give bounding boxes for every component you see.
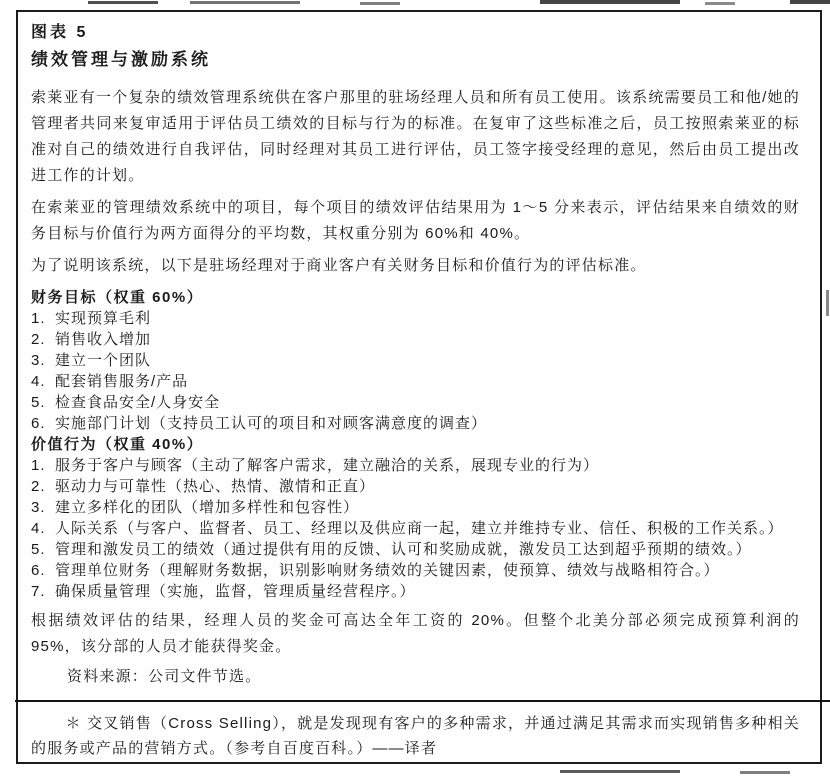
list-item-number: 7. — [31, 581, 55, 602]
list-item: 3.建立多样化的团队（增加多样性和包容性） — [31, 497, 800, 518]
scan-artifact — [826, 290, 829, 316]
list-item-text: 管理单位财务（理解财务数据，识别影响财务绩效的关键因素，使预算、绩效与战略相符合… — [55, 560, 800, 581]
list-item-text: 建立一个团队 — [55, 350, 800, 371]
list-item-number: 6. — [31, 413, 55, 434]
list-item: 2.驱动力与可靠性（热心、热情、激情和正直） — [31, 476, 800, 497]
exhibit-label: 图表 5 — [31, 24, 800, 42]
list-item-text: 配套销售服务/产品 — [55, 371, 800, 392]
list-item-number: 2. — [31, 329, 55, 350]
list-item: 5.管理和激发员工的绩效（通过提供有用的反馈、认可和奖励成就，激发员工达到超乎预… — [31, 539, 800, 560]
list-item: 5.检查食品安全/人身安全 — [31, 392, 800, 413]
scan-artifact — [790, 0, 830, 4]
scan-artifact — [360, 2, 400, 5]
list-item-number: 3. — [31, 350, 55, 371]
list-item: 7.确保质量管理（实施，监督，管理质量经营程序。） — [31, 581, 800, 602]
intro-paragraph-1: 索莱亚有一个复杂的绩效管理系统供在客户那里的驻场经理人员和所有员工使用。该系统需… — [31, 85, 800, 189]
translator-footnote: ＊ 交叉销售（Cross Selling），就是发现现有客户的多种需求，并通过满… — [31, 711, 800, 761]
list-item: 4.人际关系（与客户、监督者、员工、经理以及供应商一起，建立并维持专业、信任、积… — [31, 518, 800, 539]
scan-artifact — [740, 771, 790, 774]
intro-paragraph-3: 为了说明该系统，以下是驻场经理对于商业客户有关财务目标和价值行为的评估标准。 — [31, 253, 800, 279]
source-line: 资料来源：公司文件节选。 — [31, 664, 800, 690]
scan-artifact — [88, 1, 158, 4]
financial-objectives-heading: 财务目标（权重 60%） — [31, 287, 800, 308]
list-item: 2.销售收入增加 — [31, 329, 800, 350]
financial-objectives-list: 1.实现预算毛利2.销售收入增加3.建立一个团队4.配套销售服务/产品5.检查食… — [31, 308, 800, 434]
list-item-text: 人际关系（与客户、监督者、员工、经理以及供应商一起，建立并维持专业、信任、积极的… — [55, 518, 800, 539]
list-item: 1.服务于客户与顾客（主动了解客户需求，建立融洽的关系，展现专业的行为） — [31, 455, 800, 476]
list-item-number: 5. — [31, 539, 55, 560]
list-item-text: 驱动力与可靠性（热心、热情、激情和正直） — [55, 476, 800, 497]
list-item-text: 服务于客户与顾客（主动了解客户需求，建立融洽的关系，展现专业的行为） — [55, 455, 800, 476]
list-item: 6.管理单位财务（理解财务数据，识别影响财务绩效的关键因素，使预算、绩效与战略相… — [31, 560, 800, 581]
list-item-number: 2. — [31, 476, 55, 497]
list-item-number: 3. — [31, 497, 55, 518]
exhibit-box: 图表 5 绩效管理与激励系统 索莱亚有一个复杂的绩效管理系统供在客户那里的驻场经… — [16, 10, 822, 764]
list-item-text: 确保质量管理（实施，监督，管理质量经营程序。） — [55, 581, 800, 602]
list-item: 1.实现预算毛利 — [31, 308, 800, 329]
value-behaviors-list: 1.服务于客户与顾客（主动了解客户需求，建立融洽的关系，展现专业的行为）2.驱动… — [31, 455, 800, 602]
scan-artifact — [190, 1, 300, 4]
list-item-number: 4. — [31, 371, 55, 392]
list-item-number: 5. — [31, 392, 55, 413]
list-item-text: 实施部门计划（支持员工认可的项目和对顾客满意度的调查） — [55, 413, 800, 434]
list-item-text: 检查食品安全/人身安全 — [55, 392, 800, 413]
value-behaviors-heading: 价值行为（权重 40%） — [31, 434, 800, 455]
list-item: 3.建立一个团队 — [31, 350, 800, 371]
list-item-text: 管理和激发员工的绩效（通过提供有用的反馈、认可和奖励成就，激发员工达到超乎预期的… — [55, 539, 800, 560]
list-item-number: 4. — [31, 518, 55, 539]
scan-artifact — [560, 770, 680, 773]
closing-paragraph: 根据绩效评估的结果，经理人员的奖金可高达全年工资的 20%。但整个北美分部必须完… — [31, 608, 800, 660]
footnote-divider — [15, 700, 830, 702]
list-item-text: 实现预算毛利 — [55, 308, 800, 329]
scan-artifact — [705, 2, 735, 5]
list-item-number: 6. — [31, 560, 55, 581]
list-item-number: 1. — [31, 308, 55, 329]
list-item: 6.实施部门计划（支持员工认可的项目和对顾客满意度的调查） — [31, 413, 800, 434]
list-item-number: 1. — [31, 455, 55, 476]
intro-paragraph-2: 在索莱亚的管理绩效系统中的项目，每个项目的绩效评估结果用为 1～5 分来表示，评… — [31, 195, 800, 247]
page-title: 绩效管理与激励系统 — [31, 49, 800, 70]
list-item-text: 建立多样化的团队（增加多样性和包容性） — [55, 497, 800, 518]
list-item: 4.配套销售服务/产品 — [31, 371, 800, 392]
scan-artifact — [540, 0, 680, 4]
list-item-text: 销售收入增加 — [55, 329, 800, 350]
